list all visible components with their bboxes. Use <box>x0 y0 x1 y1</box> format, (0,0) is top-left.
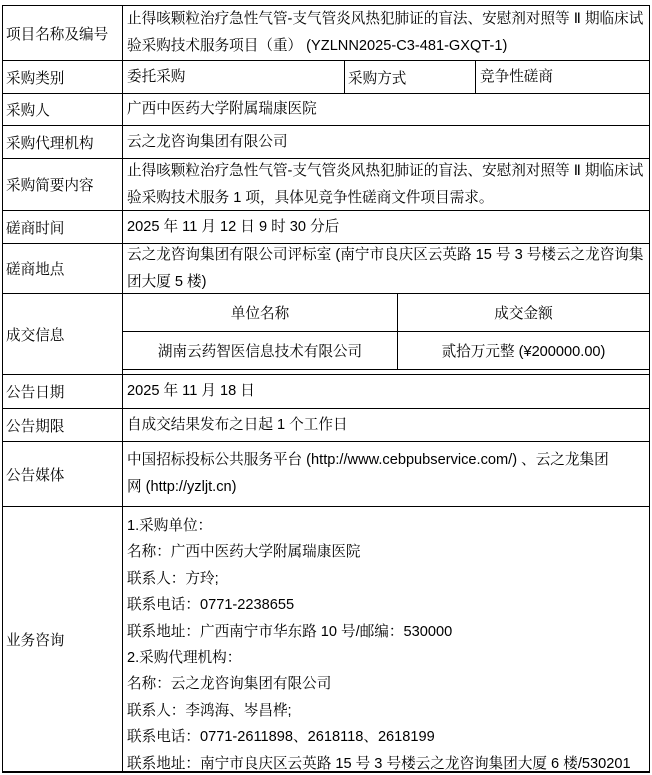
method-value: 竞争性磋商 <box>476 61 649 93</box>
deal-info-label: 成交信息 <box>3 294 123 374</box>
purchaser-label: 采购人 <box>3 94 123 125</box>
announcement-date-label: 公告日期 <box>3 375 123 408</box>
row-brief: 采购简要内容 止得咳颗粒治疗急性气管-支气管炎风热犯肺证的盲法、安慰剂对照等 Ⅱ… <box>3 159 649 211</box>
row-announcement-period: 公告期限 自成交结果发布之日起 1 个工作日 <box>3 409 649 442</box>
deal-header-amount: 成交金额 <box>398 294 649 331</box>
row-business-contact: 业务咨询 1.采购单位： 名称：广西中医药大学附属瑞康医院 联系人：方玲; 联系… <box>3 507 649 771</box>
brief-value: 止得咳颗粒治疗急性气管-支气管炎风热犯肺证的盲法、安慰剂对照等 Ⅱ 期临床试 验… <box>123 159 649 210</box>
deal-amount-value: 贰拾万元整 (¥200000.00) <box>398 332 649 369</box>
row-agency: 采购代理机构 云之龙咨询集团有限公司 <box>3 126 649 159</box>
row-project: 项目名称及编号 止得咳颗粒治疗急性气管-支气管炎风热犯肺证的盲法、安慰剂对照等 … <box>3 6 649 61</box>
announcement-period-value: 自成交结果发布之日起 1 个工作日 <box>123 409 649 441</box>
contact-line-7: 名称：云之龙咨询集团有限公司 <box>127 671 645 697</box>
brief-label: 采购简要内容 <box>3 159 123 210</box>
announcement-period-label: 公告期限 <box>3 409 123 441</box>
announcement-media-value: 中国招标投标公共服务平台 (http://www.cebpubservice.c… <box>123 442 649 506</box>
business-contact-lines: 1.采购单位： 名称：广西中医药大学附属瑞康医院 联系人：方玲; 联系电话：07… <box>123 507 649 771</box>
contact-line-2: 名称：广西中医药大学附属瑞康医院 <box>127 539 645 565</box>
negotiation-place-value: 云之龙咨询集团有限公司评标室 (南宁市良庆区云英路 15 号 3 号楼云之龙咨询… <box>123 244 649 293</box>
project-value: 止得咳颗粒治疗急性气管-支气管炎风热犯肺证的盲法、安慰剂对照等 Ⅱ 期临床试 验… <box>123 6 649 60</box>
deal-info-subtable-wrap: 单位名称 成交金额 湖南云药智医信息技术有限公司 贰拾万元整 (¥200000.… <box>123 294 649 374</box>
row-announcement-date: 公告日期 2025 年 11 月 18 日 <box>3 375 649 409</box>
agency-label: 采购代理机构 <box>3 126 123 158</box>
contact-line-6: 2.采购代理机构： <box>127 645 645 671</box>
deal-supplier-name: 湖南云药智医信息技术有限公司 <box>123 332 398 369</box>
project-label: 项目名称及编号 <box>3 6 123 60</box>
announcement-date-value: 2025 年 11 月 18 日 <box>123 375 649 408</box>
row-purchaser: 采购人 广西中医药大学附属瑞康医院 <box>3 94 649 126</box>
row-deal-info: 成交信息 单位名称 成交金额 湖南云药智医信息技术有限公司 贰拾万元整 (¥20… <box>3 294 649 375</box>
contact-line-4: 联系电话：0771-2238655 <box>127 592 645 618</box>
announcement-media-label: 公告媒体 <box>3 442 123 506</box>
row-announcement-media: 公告媒体 中国招标投标公共服务平台 (http://www.cebpubserv… <box>3 442 649 507</box>
business-contact-label: 业务咨询 <box>3 507 123 771</box>
category-label: 采购类别 <box>3 61 123 93</box>
contact-line-5: 联系地址：广西南宁市华东路 10 号/邮编：530000 <box>127 619 645 645</box>
negotiation-time-value: 2025 年 11 月 12 日 9 时 30 分后 <box>123 211 649 243</box>
method-label: 采购方式 <box>344 61 476 93</box>
deal-header-unit-name: 单位名称 <box>123 294 398 331</box>
row-negotiation-time: 磋商时间 2025 年 11 月 12 日 9 时 30 分后 <box>3 211 649 244</box>
category-value: 委托采购 <box>123 61 344 93</box>
contact-line-9: 联系电话：0771-2611898、2618118、2618199 <box>127 724 645 750</box>
deal-subtable-data-row: 湖南云药智医信息技术有限公司 贰拾万元整 (¥200000.00) <box>123 332 649 369</box>
row-negotiation-place: 磋商地点 云之龙咨询集团有限公司评标室 (南宁市良庆区云英路 15 号 3 号楼… <box>3 244 649 294</box>
negotiation-time-label: 磋商时间 <box>3 211 123 243</box>
negotiation-place-label: 磋商地点 <box>3 244 123 293</box>
purchaser-value: 广西中医药大学附属瑞康医院 <box>123 94 649 125</box>
row-category-method: 采购类别 委托采购 采购方式 竞争性磋商 <box>3 61 649 94</box>
agency-value: 云之龙咨询集团有限公司 <box>123 126 649 158</box>
deal-subtable-header-row: 单位名称 成交金额 <box>123 294 649 332</box>
procurement-announcement-table: 项目名称及编号 止得咳颗粒治疗急性气管-支气管炎风热犯肺证的盲法、安慰剂对照等 … <box>2 5 650 773</box>
contact-line-10: 联系地址：南宁市良庆区云英路 15 号 3 号楼云之龙咨询集团大厦 6 楼/53… <box>127 751 645 771</box>
contact-line-8: 联系人：李鸿海、岑昌桦; <box>127 698 645 724</box>
deal-info-subtable: 单位名称 成交金额 湖南云药智医信息技术有限公司 贰拾万元整 (¥200000.… <box>123 294 649 370</box>
contact-line-3: 联系人：方玲; <box>127 566 645 592</box>
contact-line-1: 1.采购单位： <box>127 513 645 539</box>
